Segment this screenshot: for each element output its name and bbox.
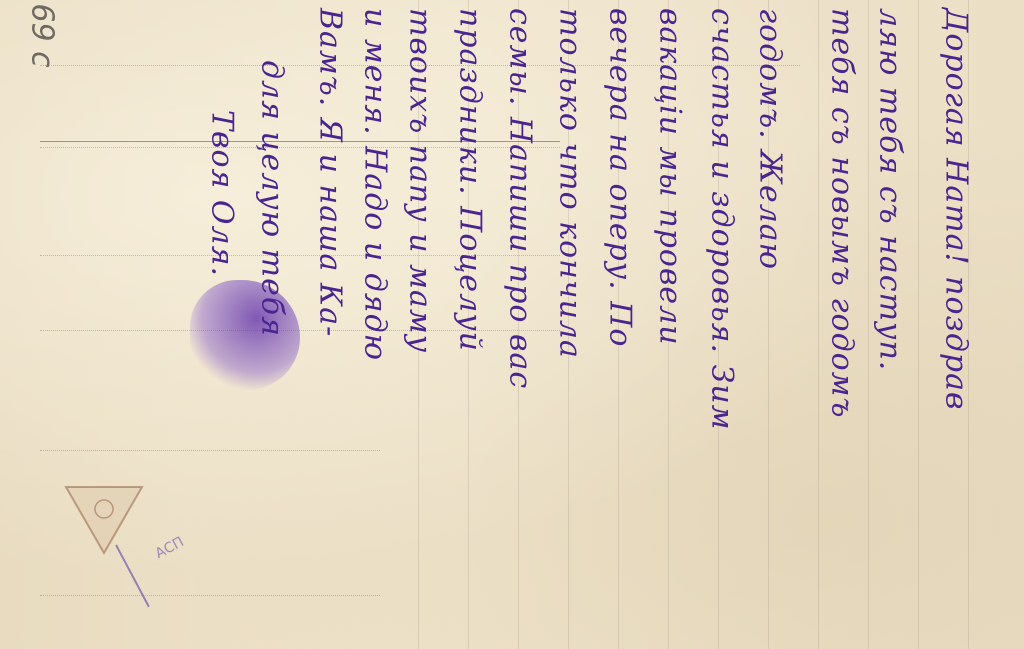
handwriting-line: тебя съ новымъ годомъ	[820, 0, 864, 649]
handwriting-line: праздники. Поцелуй	[448, 0, 492, 649]
handwriting-line: только что кончила	[548, 0, 592, 649]
handwriting-line: вечера на оперу. По	[598, 0, 642, 649]
handwriting-line: и меня. Надо и дядю	[353, 0, 397, 649]
handwriting-line: Вамъ. Я и наша Ка-	[308, 0, 352, 649]
handwriting-line: семы. Напиши про вас	[498, 0, 542, 649]
handwriting-signature: Твоя Оля.	[200, 0, 244, 649]
ruled-line	[918, 0, 919, 649]
handwriting-line: для целую тебя	[250, 0, 294, 649]
handwriting-line: вакацiи мы провели	[648, 0, 692, 649]
handwriting-line: Дорогая Ната! поздрав	[934, 0, 978, 649]
handwriting-line: годомъ. Желаю	[748, 0, 792, 649]
handwriting-line: твоихъ папу и маму	[398, 0, 442, 649]
ruled-line	[818, 0, 819, 649]
pencil-note: 69 c	[25, 3, 60, 67]
handwriting-line: счастья и здоровья. Зим	[700, 0, 744, 649]
handwriting-line: ляю тебя съ наступ.	[868, 0, 912, 649]
postcard: 69 c АСП Дорогая Ната! поздрав ляю тебя …	[0, 0, 1024, 649]
